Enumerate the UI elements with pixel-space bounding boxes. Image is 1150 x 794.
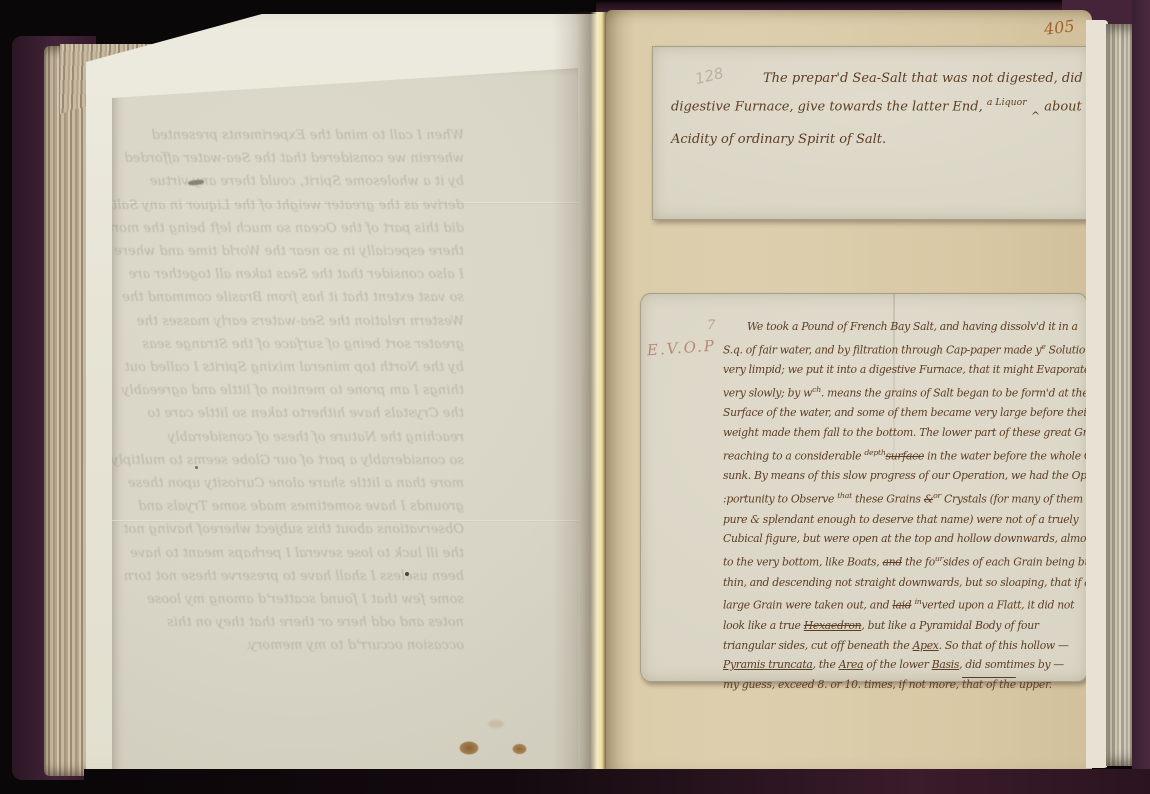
manuscript-line: digestive Furnace, give towards the latt… bbox=[671, 91, 1141, 128]
manuscript-line: greater sort being of surface of the Str… bbox=[126, 333, 464, 356]
smudge bbox=[488, 720, 504, 728]
pasted-fragment-bottom: E.V.O.P 7 We took a Pound of French Bay … bbox=[640, 293, 1088, 682]
ink-stain bbox=[510, 742, 529, 756]
folio-number: 405 bbox=[1043, 16, 1076, 39]
page-bottom-shadow bbox=[84, 769, 1150, 794]
manuscript-line: Pyramis truncata, the Area of the lower … bbox=[723, 655, 1120, 675]
fragment-bottom-text: We took a Pound of French Bay Salt, and … bbox=[723, 317, 1120, 695]
manuscript-line: very limpid; we put it into a digestive … bbox=[723, 360, 1120, 380]
book-cover-right bbox=[1132, 0, 1150, 784]
speck bbox=[405, 572, 409, 576]
manuscript-line: Cubical figure, but were open at the top… bbox=[723, 529, 1120, 549]
right-album-page: 405 128 The prepar'd Sea-Salt that was n… bbox=[606, 10, 1092, 772]
page-edge-white-right bbox=[1086, 20, 1108, 768]
manuscript-line: so vast extent that it has from Brasile … bbox=[126, 286, 464, 309]
manuscript-line: reaching to a considerable depthsurface … bbox=[723, 443, 1120, 466]
pasted-fragment-top: 128 The prepar'd Sea-Salt that was not d… bbox=[652, 46, 1090, 220]
manuscript-line: so considerably a part of our Globe seem… bbox=[126, 449, 464, 472]
manuscript-line: Acidity of ordinary Spirit of Salt. bbox=[671, 128, 1141, 152]
manuscript-line: more than a little share alone Curiosity… bbox=[126, 472, 464, 495]
manuscript-line: by it a wholesome Spirit, could there an… bbox=[126, 170, 464, 193]
manuscript-line: :portunity to Observe that these Grains … bbox=[723, 486, 1120, 509]
manuscript-line: did this part of the Ocean so much left … bbox=[126, 217, 464, 240]
manuscript-line: wherein we considered that the Sea-water… bbox=[126, 147, 464, 170]
margin-annotation: E.V.O.P bbox=[646, 337, 716, 360]
manuscript-line: reaching the Nature of these of consider… bbox=[126, 426, 464, 449]
manuscript-line: some few that I found scatter'd among my… bbox=[126, 588, 464, 611]
manuscript-line: the ill luck to lose several I perhaps m… bbox=[126, 542, 464, 565]
manuscript-line: been useless I shall have to preserve th… bbox=[126, 565, 464, 588]
manuscript-line: the Crystals have hitherto taken so litt… bbox=[126, 402, 464, 425]
manuscript-line: Surface of the water, and some of them b… bbox=[723, 403, 1120, 423]
manuscript-line: notes and odd here or there that they on… bbox=[126, 611, 464, 634]
manuscript-line: there especially in so near the World ti… bbox=[126, 240, 464, 263]
manuscript-line: look like a true Hexaedron, but like a P… bbox=[723, 616, 1120, 636]
manuscript-line: sunk. By means of this slow progress of … bbox=[723, 466, 1120, 486]
manuscript-line: S.q. of fair water, and by filtration th… bbox=[723, 337, 1120, 360]
book-spread-photo: When I call to mind the Experiments pres… bbox=[0, 0, 1150, 794]
manuscript-line: derive as the greater weight of the Liqu… bbox=[126, 194, 464, 217]
fragment-top-text: The prepar'd Sea-Salt that was not diges… bbox=[671, 67, 1141, 152]
manuscript-line: to the very bottom, like Boats, and the … bbox=[723, 549, 1120, 572]
book-gutter bbox=[552, 12, 610, 772]
manuscript-line: occasion occurr'd to my memory. bbox=[126, 634, 464, 657]
manuscript-line: Western relation the Sea-waters early ma… bbox=[126, 310, 464, 333]
left-manuscript-leaf: When I call to mind the Experiments pres… bbox=[112, 68, 578, 774]
manuscript-line: When I call to mind the Experiments pres… bbox=[126, 124, 464, 147]
manuscript-line: Observations about this subject whereof … bbox=[126, 518, 464, 541]
manuscript-line: by the North top mineral mixing Spirits … bbox=[126, 356, 464, 379]
manuscript-line: large Grain were taken out, and laid inv… bbox=[723, 592, 1120, 615]
manuscript-line: triangular sides, cut off beneath the Ap… bbox=[723, 636, 1120, 656]
manuscript-line: The prepar'd Sea-Salt that was not diges… bbox=[671, 67, 1141, 91]
bleedthrough-text: When I call to mind the Experiments pres… bbox=[126, 124, 464, 658]
margin-mark: 7 bbox=[707, 318, 715, 333]
manuscript-line: my guess, exceed 8. or 10. times, if not… bbox=[723, 675, 1120, 695]
manuscript-line: thin, and descending not straight downwa… bbox=[723, 573, 1120, 593]
manuscript-line: very slowly; by wch. means the grains of… bbox=[723, 380, 1120, 403]
manuscript-line: I also consider that the Seas taken all … bbox=[126, 263, 464, 286]
manuscript-line: pure & splendant enough to deserve that … bbox=[723, 510, 1120, 530]
manuscript-line: grounds I have sometimes made some Tryal… bbox=[126, 495, 464, 518]
manuscript-line: We took a Pound of French Bay Salt, and … bbox=[723, 317, 1120, 337]
speck bbox=[195, 466, 198, 469]
manuscript-line: things I am prone to mention of little a… bbox=[126, 379, 464, 402]
manuscript-line: weight made them fall to the bottom. The… bbox=[723, 423, 1120, 443]
